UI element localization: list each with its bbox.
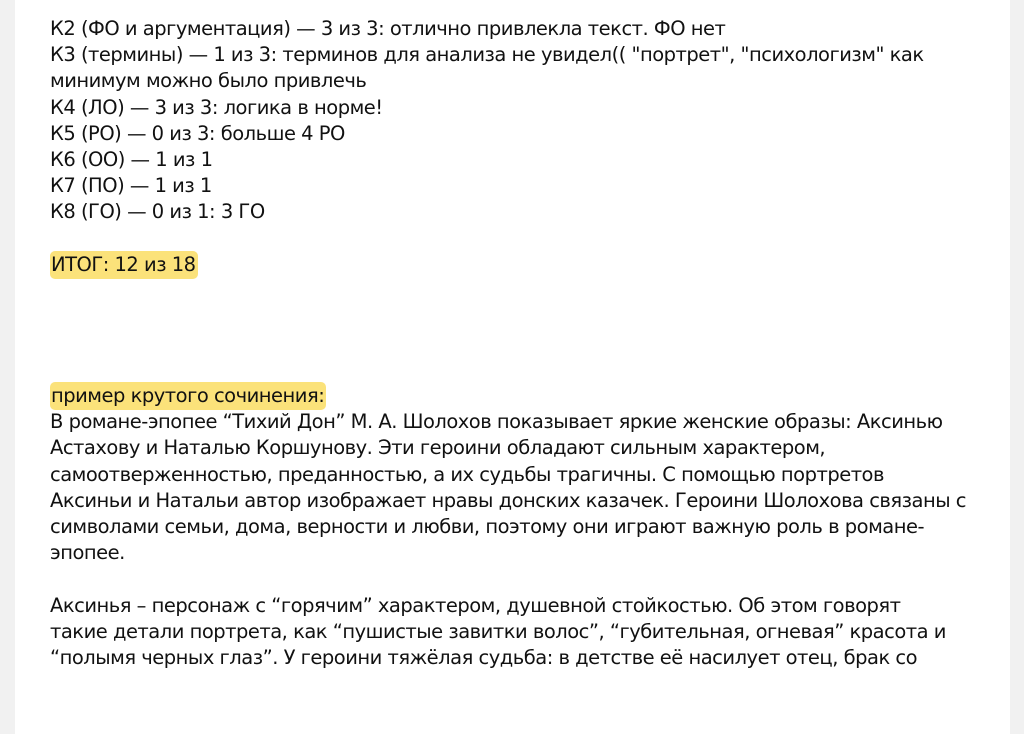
paragraph-line: эпопее.	[50, 540, 970, 566]
criterion-k2: К2 (ФО и аргументация) — 3 из 3: отлично…	[50, 16, 970, 42]
paragraph-line: символами семьи, дома, верности и любви,…	[50, 514, 970, 540]
criterion-k3-line1: К3 (термины) — 1 из 3: терминов для анал…	[50, 42, 970, 68]
criterion-k6: К6 (ОО) — 1 из 1	[50, 147, 970, 173]
document-content: К2 (ФО и аргументация) — 3 из 3: отлично…	[50, 16, 970, 671]
criterion-k3-line2: минимум можно было привлечь	[50, 68, 970, 94]
example-paragraph-2: Аксинья – персонаж с “горячим” характеро…	[50, 593, 970, 672]
criterion-k4: К4 (ЛО) — 3 из 3: логика в норме!	[50, 95, 970, 121]
example-paragraph-1: В романе-эпопее “Тихий Дон” М. А. Шолохо…	[50, 409, 970, 566]
criterion-k5: К5 (РО) — 0 из 3: больше 4 РО	[50, 121, 970, 147]
example-heading: пример крутого сочинения:	[50, 382, 326, 410]
total-score: ИТОГ: 12 из 18	[50, 251, 198, 279]
paragraph-line: В романе-эпопее “Тихий Дон” М. А. Шолохо…	[50, 409, 970, 435]
paragraph-line: такие детали портрета, как “пушистые зав…	[50, 619, 970, 645]
paragraph-line: самоотверженностью, преданностью, а их с…	[50, 462, 970, 488]
criterion-k7: К7 (ПО) — 1 из 1	[50, 173, 970, 199]
paragraph-line: Астахову и Наталью Коршунову. Эти героин…	[50, 435, 970, 461]
paragraph-line: Аксиньи и Натальи автор изображает нравы…	[50, 488, 970, 514]
paragraph-line: “полымя черных глаз”. У героини тяжёлая …	[50, 645, 970, 671]
criterion-k8: К8 (ГО) — 0 из 1: 3 ГО	[50, 199, 970, 225]
paragraph-line: Аксинья – персонаж с “горячим” характеро…	[50, 593, 970, 619]
